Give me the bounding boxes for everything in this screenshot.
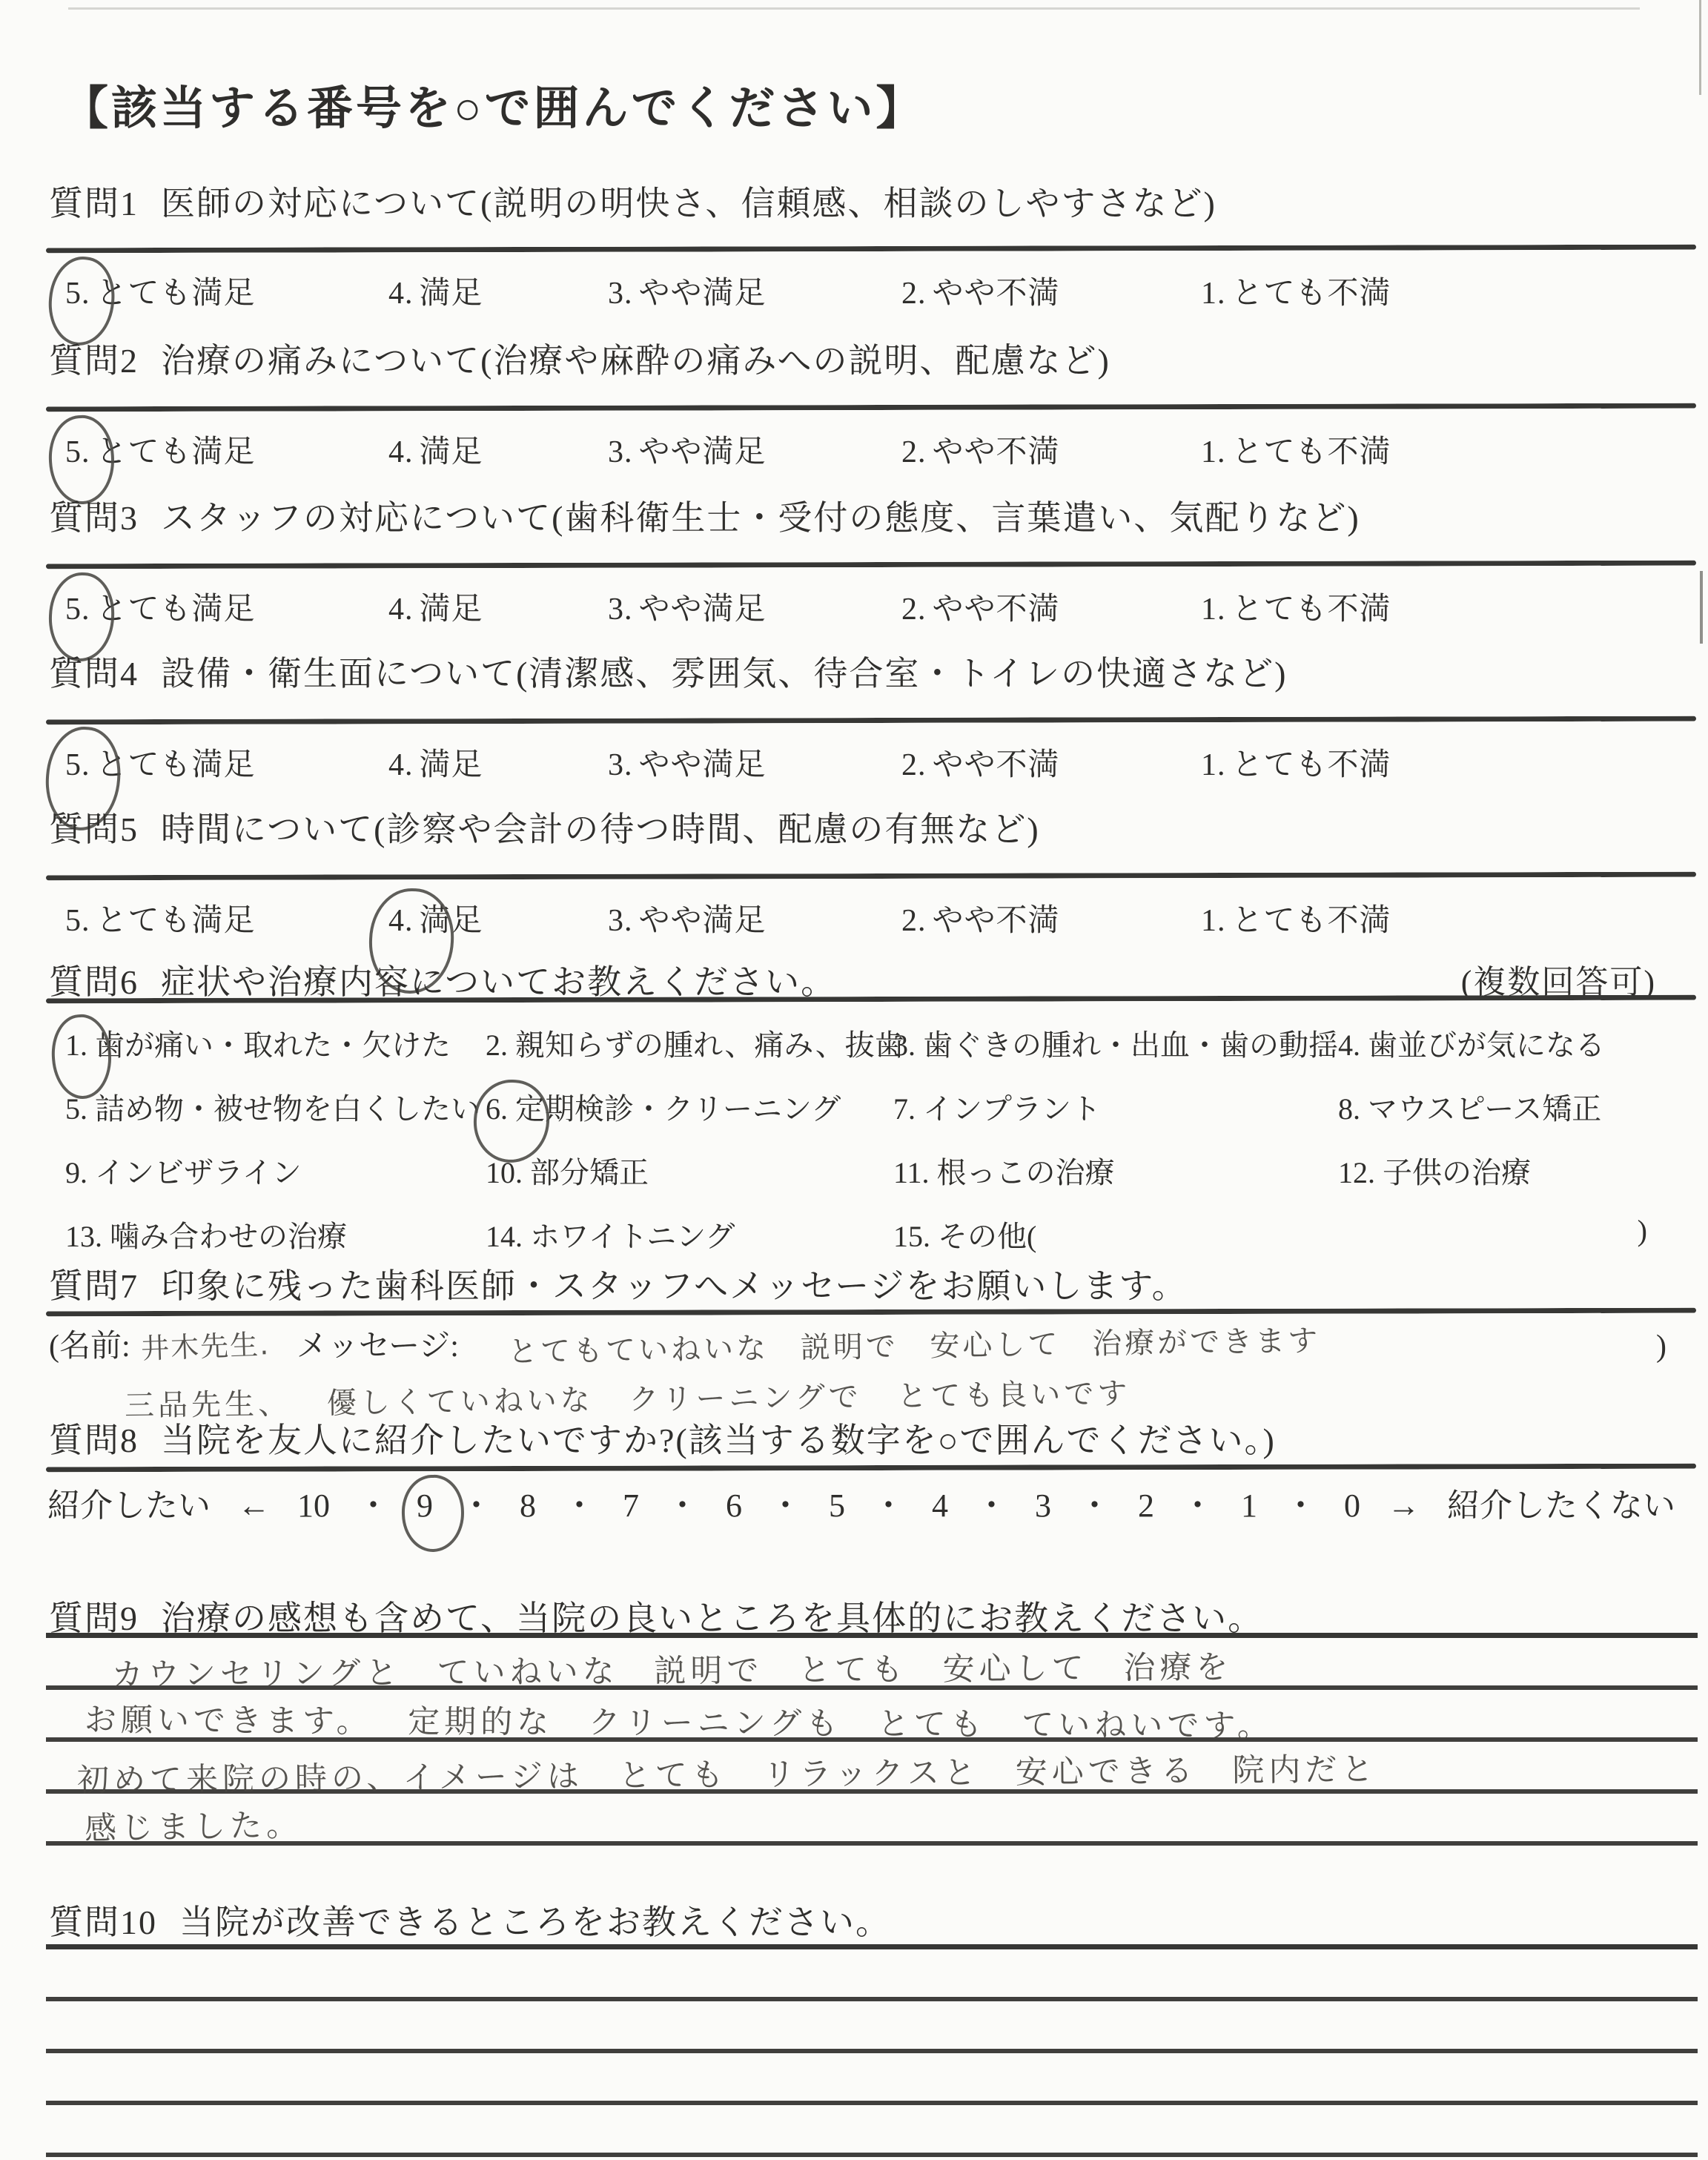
rating-option-1: 1.とても不満: [1201, 268, 1391, 313]
q3-header: 質問3スタッフの対応について(歯科衛生士・受付の態度、言葉遣い、気配りなど): [49, 491, 1360, 540]
q6-text: 症状や治療内容についてお教えください。: [161, 963, 836, 1001]
rating-option-4: 4.満足: [388, 268, 608, 313]
q8-scale-6: 6: [726, 1487, 742, 1525]
q6-option-3: 3.歯ぐきの腫れ・出血・歯の動揺: [893, 1022, 1338, 1064]
dot-separator: ・: [1182, 1479, 1214, 1526]
rating-option-4: 4.満足: [388, 740, 608, 785]
rating-option-3: 3.やや満足: [608, 427, 901, 472]
q8-separator: [46, 1464, 1696, 1473]
q6-option-4: 4.歯並びが気になる: [1338, 1022, 1658, 1064]
q8-recommend-scale: 紹介したい ← 10 ・ 9 ・ 8 ・ 7 ・ 6 ・ 5 ・ 4 ・ 3 ・…: [47, 1479, 1675, 1526]
dot-separator: ・: [666, 1479, 699, 1526]
q5-rating-options: 5.とても満足 4.満足 3.やや満足 2.やや不満 1.とても不満: [65, 896, 1391, 940]
write-line: 感じました。: [46, 1794, 1698, 1846]
rating-option-2: 2.やや不満: [901, 268, 1201, 313]
q6-number: 質問6: [49, 963, 139, 1001]
q1-header: 質問1医師の対応について(説明の明快さ、信頼感、相談のしやすさなど): [49, 176, 1217, 225]
q1-number: 質問1: [49, 185, 139, 222]
q3-number: 質問3: [49, 499, 139, 537]
dot-separator: ・: [976, 1479, 1008, 1526]
page-title: 【該当する番号を○で囲んでください】: [62, 71, 924, 137]
q2-separator: [46, 403, 1696, 412]
q1-separator: [46, 245, 1696, 254]
q6-other-close-paren: ): [1338, 1213, 1658, 1255]
q9-handwritten-line-1: カウンセリングと ていねいな 説明で とても 安心して 治療を: [111, 1642, 1233, 1696]
q7-separator: [46, 1308, 1696, 1317]
rating-option-2: 2.やや不満: [901, 896, 1201, 940]
q7-handwritten-name: 井木先生.: [140, 1321, 271, 1367]
q10-answer-area: [46, 1944, 1698, 2157]
write-line: [46, 2105, 1698, 2157]
q6-option-7: 7.インプラント: [893, 1086, 1338, 1128]
q7-number: 質問7: [49, 1267, 139, 1305]
write-line: 初めて来院の時の、イメージは とても リラックスと 安心できる 院内だと: [46, 1742, 1698, 1794]
rating-option-3: 3.やや満足: [608, 740, 901, 785]
q2-text: 治療の痛みについて(治療や麻酔の痛みへの説明、配慮など): [161, 342, 1110, 380]
rating-option-3: 3.やや満足: [608, 268, 901, 313]
q6-option-10: 10.部分矯正: [486, 1149, 893, 1192]
rating-option-5: 5.とても満足: [65, 740, 388, 785]
q8-scale-2: 2: [1138, 1487, 1154, 1525]
rating-option-1: 1.とても不満: [1201, 740, 1391, 785]
q6-option-11: 11.根っこの治療: [893, 1149, 1338, 1192]
rating-option-4: 4.満足: [388, 584, 608, 629]
q7-close-paren: ): [1656, 1329, 1666, 1364]
rating-option-5: 5.とても満足: [65, 268, 388, 313]
q4-number: 質問4: [49, 655, 139, 693]
q9-handwritten-line-4: 感じました。: [84, 1800, 302, 1849]
rating-option-1: 1.とても不満: [1201, 584, 1391, 629]
q7-message-prefix: メッセージ:: [297, 1321, 459, 1366]
q7-answer-line: (名前: 井木先生. メッセージ: とてもていねいな 説明で 安心して 治療がで…: [49, 1321, 1666, 1366]
q10-header: 質問10当院が改善できるところをお教えください。: [49, 1895, 891, 1944]
q5-separator: [46, 872, 1696, 881]
q5-number: 質問5: [49, 810, 139, 848]
q10-number: 質問10: [49, 1903, 157, 1941]
rating-option-5: 5.とても満足: [65, 427, 388, 472]
rating-option-5: 5.とても満足: [65, 896, 388, 940]
rating-option-2: 2.やや不満: [901, 740, 1201, 785]
q9-answer-area: カウンセリングと ていねいな 説明で とても 安心して 治療を お願いできます。…: [46, 1633, 1698, 1846]
write-line: [46, 1949, 1698, 2001]
q7-header: 質問7印象に残った歯科医師・スタッフへメッセージをお願いします。: [49, 1259, 1188, 1308]
q2-header: 質問2治療の痛みについて(治療や麻酔の痛みへの説明、配慮など): [49, 334, 1110, 383]
handwritten-circle: [400, 1474, 466, 1553]
q1-text: 医師の対応について(説明の明快さ、信頼感、相談のしやすさなど): [161, 185, 1217, 222]
q8-scale-1: 1: [1241, 1487, 1257, 1525]
dot-separator: ・: [357, 1479, 390, 1526]
rating-option-2: 2.やや不満: [901, 584, 1201, 629]
q4-separator: [46, 716, 1696, 725]
q6-options-grid: 1.歯が痛い・取れた・欠けた 2.親知らずの腫れ、痛み、抜歯 3.歯ぐきの腫れ・…: [65, 1022, 1658, 1255]
rating-option-2: 2.やや不満: [901, 427, 1201, 472]
q3-rating-options: 5.とても満足 4.満足 3.やや満足 2.やや不満 1.とても不満: [65, 584, 1391, 629]
q8-number: 質問8: [49, 1421, 139, 1459]
write-line: [46, 2053, 1698, 2105]
q6-option-1: 1.歯が痛い・取れた・欠けた: [65, 1022, 486, 1064]
q8-scale-7: 7: [623, 1487, 639, 1525]
q6-option-12: 12.子供の治療: [1338, 1149, 1658, 1192]
left-arrow-icon: ←: [238, 1487, 271, 1525]
survey-page: 【該当する番号を○で囲んでください】 質問1医師の対応について(説明の明快さ、信…: [0, 0, 1708, 2160]
q8-right-label: 紹介したくない: [1447, 1479, 1675, 1526]
q8-scale-8: 8: [520, 1487, 536, 1525]
q7-handwritten-message: とてもていねいな 説明で 安心して 治療ができます: [508, 1317, 1321, 1370]
q8-scale-9: 9: [417, 1487, 433, 1525]
q3-separator: [46, 561, 1696, 569]
q9-handwritten-line-3: 初めて来院の時の、イメージは とても リラックスと 安心できる 院内だと: [77, 1744, 1378, 1800]
q3-text: スタッフの対応について(歯科衛生士・受付の態度、言葉遣い、気配りなど): [161, 499, 1360, 537]
q6-option-5: 5.詰め物・被せ物を白くしたい: [65, 1086, 486, 1128]
q8-scale-10: 10: [297, 1487, 330, 1525]
q4-text: 設備・衛生面について(清潔感、雰囲気、待合室・トイレの快適さなど): [161, 655, 1287, 693]
q8-scale-3: 3: [1035, 1487, 1051, 1525]
dot-separator: ・: [769, 1479, 802, 1526]
q9-number: 質問9: [49, 1599, 139, 1637]
q6-option-14: 14.ホワイトニング: [486, 1213, 893, 1255]
q4-rating-options: 5.とても満足 4.満足 3.やや満足 2.やや不満 1.とても不満: [65, 740, 1391, 785]
right-arrow-icon: →: [1388, 1487, 1420, 1525]
rating-option-1: 1.とても不満: [1201, 427, 1391, 472]
q6-option-15: 15.その他(: [893, 1213, 1338, 1255]
q10-text: 当院が改善できるところをお教えください。: [179, 1903, 891, 1941]
rating-option-4: 4.満足: [388, 896, 608, 940]
q8-scale-0: 0: [1344, 1487, 1360, 1525]
scan-artifact-line: [1700, 571, 1703, 644]
q8-scale-4: 4: [932, 1487, 948, 1525]
rating-option-3: 3.やや満足: [608, 584, 901, 629]
q6-option-6: 6.定期検診・クリーニング: [486, 1086, 893, 1128]
rating-option-4: 4.満足: [388, 427, 608, 472]
dot-separator: ・: [460, 1479, 493, 1526]
q2-rating-options: 5.とても満足 4.満足 3.やや満足 2.やや不満 1.とても不満: [65, 427, 1391, 472]
rating-option-1: 1.とても不満: [1201, 896, 1391, 940]
write-line: カウンセリングと ていねいな 説明で とても 安心して 治療を: [46, 1638, 1698, 1690]
q5-header: 質問5時間について(診察や会計の待つ時間、配慮の有無など): [49, 802, 1040, 851]
q6-option-13: 13.噛み合わせの治療: [65, 1213, 486, 1255]
q5-text: 時間について(診察や会計の待つ時間、配慮の有無など): [161, 810, 1040, 848]
q7-text: 印象に残った歯科医師・スタッフへメッセージをお願いします。: [161, 1267, 1188, 1305]
rating-option-3: 3.やや満足: [608, 896, 901, 940]
q1-rating-options: 5.とても満足 4.満足 3.やや満足 2.やや不満 1.とても不満: [65, 268, 1391, 313]
q6-option-8: 8.マウスピース矯正: [1338, 1086, 1658, 1128]
q8-header: 質問8当院を友人に紹介したいですか?(該当する数字を○で囲んでください。): [49, 1413, 1276, 1462]
q6-option-2: 2.親知らずの腫れ、痛み、抜歯: [486, 1022, 893, 1064]
q8-scale-5: 5: [829, 1487, 845, 1525]
q4-header: 質問4設備・衛生面について(清潔感、雰囲気、待合室・トイレの快適さなど): [49, 647, 1287, 696]
scan-artifact-line: [68, 7, 1640, 10]
dot-separator: ・: [563, 1479, 596, 1526]
q6-option-9: 9.インビザライン: [65, 1149, 486, 1192]
scan-artifact-line: [1699, 0, 1701, 95]
q8-text: 当院を友人に紹介したいですか?(該当する数字を○で囲んでください。): [161, 1421, 1276, 1459]
write-line: [46, 2001, 1698, 2053]
dot-separator: ・: [1079, 1479, 1111, 1526]
q8-left-label: 紹介したい: [47, 1479, 211, 1526]
q2-number: 質問2: [49, 342, 139, 380]
write-line: お願いできます。 定期的な クリーニングも とても ていねいです。: [46, 1690, 1698, 1742]
dot-separator: ・: [1285, 1479, 1317, 1526]
q9-text: 治療の感想も含めて、当院の良いところを具体的にお教えください。: [161, 1599, 1263, 1637]
q7-name-prefix: (名前:: [49, 1321, 130, 1366]
q9-handwritten-line-2: お願いできます。 定期的な クリーニングも とても ていねいです。: [85, 1695, 1274, 1746]
dot-separator: ・: [873, 1479, 905, 1526]
rating-option-5: 5.とても満足: [65, 584, 388, 629]
